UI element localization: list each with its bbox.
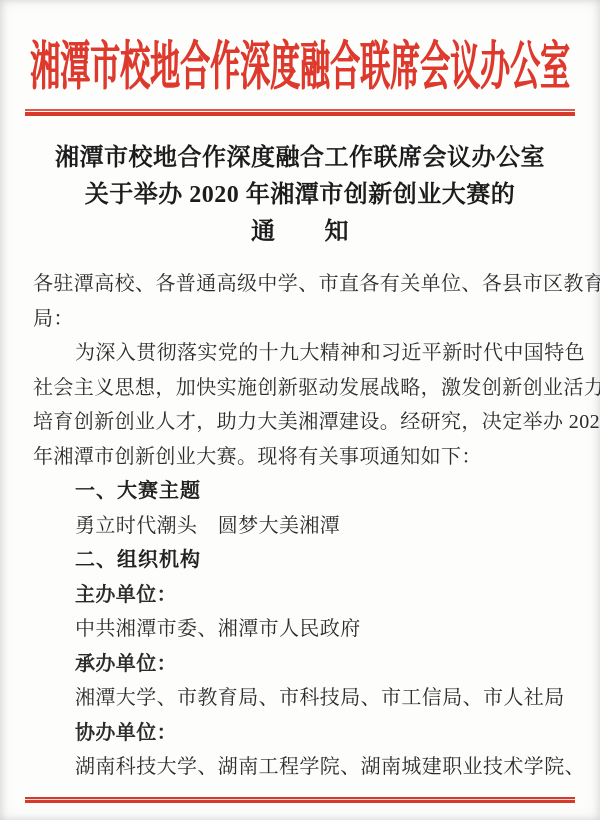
document-title-line-2: 关于举办 2020 年湘潭市创新创业大赛的 — [0, 177, 600, 214]
scanned-document-page: 湘潭市校地合作深度融合联席会议办公室 湘潭市校地合作深度融合工作联席会议办公室 … — [0, 0, 600, 820]
letterhead-title: 湘潭市校地合作深度融合联席会议办公室 — [30, 23, 570, 100]
letterhead: 湘潭市校地合作深度融合联席会议办公室 — [0, 26, 600, 96]
paragraph-line: 年湘潭市创新创业大赛。现将有关事项通知如下： — [33, 440, 573, 475]
document-title-line-1: 湘潭市校地合作深度融合工作联席会议办公室 — [0, 140, 600, 177]
paragraph-line: 为深入贯彻落实党的十九大精神和习近平新时代中国特色 — [33, 336, 573, 371]
co-organizer-label: 协办单位： — [33, 716, 573, 751]
paragraph-line: 培育创新创业人才，助力大美湘潭建设。经研究，决定举办 2020 — [33, 405, 573, 440]
paragraph-line: 社会主义思想，加快实施创新驱动发展战略，激发创新创业活力， — [33, 371, 573, 406]
footer-rule — [25, 797, 575, 803]
document-title: 湘潭市校地合作深度融合工作联席会议办公室 关于举办 2020 年湘潭市创新创业大… — [0, 140, 600, 251]
theme-slogan-line: 勇立时代潮头 圆梦大美湘潭 — [33, 509, 573, 544]
document-body: 各驻潭高校、各普通高级中学、市直各有关单位、各县市区教育 局： 为深入贯彻落实党… — [33, 267, 573, 785]
section-heading-org: 二、组织机构 — [33, 543, 573, 578]
co-organizer-line: 湖南科技大学、湖南工程学院、湖南城建职业技术学院、 — [33, 750, 573, 785]
addressee-line: 局： — [33, 302, 573, 337]
host-unit-label: 主办单位： — [33, 578, 573, 613]
host-unit-line: 中共湘潭市委、湘潭市人民政府 — [33, 612, 573, 647]
document-title-line-3: 通 知 — [0, 214, 600, 251]
organizer-unit-line: 湘潭大学、市教育局、市科技局、市工信局、市人社局 — [33, 681, 573, 716]
section-heading-theme: 一、大赛主题 — [33, 474, 573, 509]
letterhead-rule — [25, 109, 575, 116]
addressee-line: 各驻潭高校、各普通高级中学、市直各有关单位、各县市区教育 — [33, 267, 573, 302]
organizer-unit-label: 承办单位： — [33, 647, 573, 682]
